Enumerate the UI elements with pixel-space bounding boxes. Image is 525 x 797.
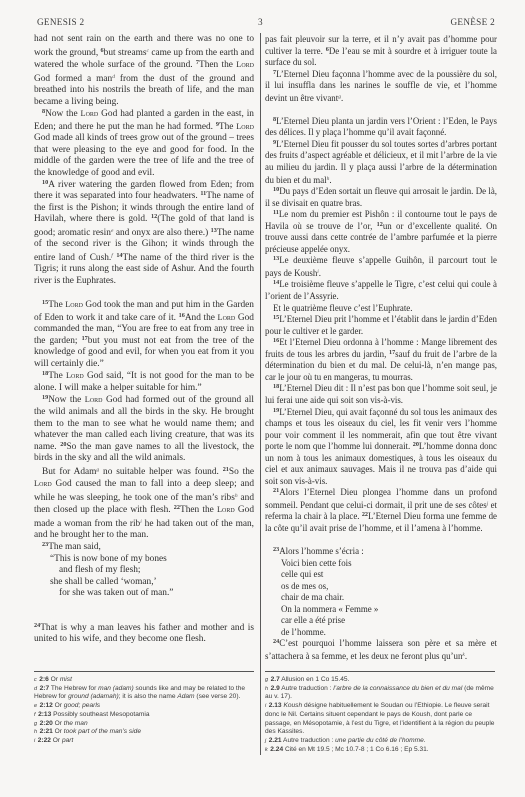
footnote-letter: e <box>34 703 39 709</box>
verse-number: 10 <box>42 179 48 186</box>
paragraph: 13Le deuxième fleuve s’appelle Guihôn, i… <box>265 255 497 279</box>
poem-line: car elle a été prise <box>265 615 497 627</box>
footnote-reference: 2:22 <box>38 737 51 744</box>
poem-line: celle qui est <box>265 569 497 581</box>
italic-text: part <box>62 737 73 744</box>
verse-number: 12 <box>151 213 157 220</box>
paragraph: 21Alors l’Eternel Dieu plongea l’homme d… <box>265 487 497 534</box>
small-caps-lord: Lord <box>65 300 83 309</box>
verse-number: 13 <box>211 227 217 234</box>
italic-text: une partie du côté de l’homme. <box>335 737 426 744</box>
verse-number: 24 <box>273 638 279 645</box>
paragraph: 23The man said, <box>34 542 254 554</box>
small-caps-lord: Lord <box>217 505 235 514</box>
footnote-reference: 2.21 <box>269 737 282 744</box>
verse-number: 20 <box>60 441 66 448</box>
verse-number: 19 <box>273 407 279 414</box>
verse-number: 22 <box>174 504 180 511</box>
poem-line: chair de ma chair. <box>265 592 497 604</box>
footnote-letter: i <box>265 703 268 709</box>
verse-number: 8 <box>42 108 45 115</box>
spacer <box>265 104 497 116</box>
paragraph: 19L’Eternel Dieu, qui avait façonné du s… <box>265 407 497 488</box>
verse-number: 14 <box>116 252 122 259</box>
footnote-marker: i <box>140 519 142 525</box>
footnote-marker: f <box>111 253 113 259</box>
verse-number: 9 <box>273 139 276 146</box>
paragraph: 14Le troisième fleuve s’appelle le Tigre… <box>265 279 497 302</box>
footnote-marker: e <box>111 228 113 234</box>
footnote-reference: 2:6 <box>39 676 49 683</box>
footnote: c 2:6 Or mist <box>34 676 256 685</box>
footnote-letter: g <box>265 677 270 683</box>
verse-number: 10 <box>273 186 279 193</box>
italic-text: Adam <box>177 693 194 700</box>
column-divider <box>260 33 261 755</box>
verse-number: 21 <box>223 466 229 473</box>
italic-text: mist <box>60 676 72 683</box>
verse-number: 17 <box>82 335 88 342</box>
verse-number: 19 <box>42 394 48 401</box>
footnote-rule-fr <box>265 671 495 672</box>
poem-en: “This is now bone of my bones and flesh … <box>34 554 254 600</box>
french-column: pas fait pleuvoir sur la terre, et il n’… <box>265 34 497 663</box>
verse-number: 8 <box>273 116 276 123</box>
footnote-letter: j <box>265 738 268 744</box>
paragraph: had not sent rain on the earth and there… <box>34 34 254 108</box>
paragraph: 18The Lord God said, “It is not good for… <box>34 370 254 394</box>
footnote-reference: 2:13 <box>38 711 51 718</box>
footnote-letter: h <box>265 686 270 692</box>
paragraph: But for Adamg no suitable helper was fou… <box>34 465 254 542</box>
footnote-letter: k <box>265 747 269 753</box>
footnote-reference: 2.7 <box>271 676 280 683</box>
footnote: h 2:21 Or took part of the man’s side <box>34 728 256 737</box>
spacer <box>265 535 497 547</box>
paragraph: 10A river watering the garden flowed fro… <box>34 180 254 288</box>
paragraph: 10Du pays d’Eden sortait un fleuve qui a… <box>265 186 497 209</box>
poem-line: os de mes os, <box>265 581 497 593</box>
poem-line: she shall be called ‘woman,’ <box>34 577 254 589</box>
italic-text: the man <box>64 720 88 727</box>
verse-number: 20 <box>413 441 419 448</box>
italic-text: ground (adamah) <box>68 693 119 700</box>
small-caps-lord: Lord <box>236 60 254 69</box>
footnote-reference: 2:7 <box>40 685 50 692</box>
poem-line: Voici bien cette fois <box>265 558 497 570</box>
bible-page: GENESIS 2 3 GENÈSE 2 had not sent rain o… <box>0 0 525 797</box>
verse-number: 22 <box>362 511 368 518</box>
footnote-letter: c <box>34 677 38 683</box>
paragraph: 16Et l’Eternel Dieu ordonna à l’homme : … <box>265 337 497 383</box>
paragraph: 23Alors l’homme s’écria : <box>265 546 497 558</box>
footnote-marker: d <box>112 74 115 80</box>
footnote-reference: 2:21 <box>40 728 53 735</box>
spacer <box>34 600 254 623</box>
poem-line: and flesh of my flesh; <box>34 565 254 577</box>
paragraph: 7L’Eternel Dieu façonna l’homme avec de … <box>265 69 497 105</box>
italic-text: l’arbre de la connaissance du bien et du… <box>333 685 462 692</box>
italic-text: man (adam) <box>98 685 134 692</box>
verse-number: 16 <box>179 312 185 319</box>
paragraph: pas fait pleuvoir sur la terre, et il n’… <box>265 34 497 69</box>
footnotes-en: c 2:6 Or mistd 2:7 The Hebrew for man (a… <box>34 676 256 746</box>
verse-number: 18 <box>273 383 279 390</box>
footnote-marker: h <box>235 493 238 499</box>
paragraph: 15L’Eternel Dieu prit l’homme et l’établ… <box>265 314 497 337</box>
verse-number: 7 <box>196 59 199 66</box>
footnotes-fr: g 2.7 Allusion en 1 Co 15.45.h 2.9 Autre… <box>265 676 497 754</box>
paragraph: 15The Lord God took the man and put him … <box>34 299 254 370</box>
verse-number: 24 <box>34 622 40 629</box>
footnote-letter: d <box>34 686 39 692</box>
footnote: e 2:12 Or good; pearls <box>34 702 256 711</box>
footnote-marker: k <box>462 652 464 658</box>
paragraph: 11Le nom du premier est Pishôn : il cont… <box>265 209 497 255</box>
paragraph: 9L’Eternel Dieu fit pousser du sol toute… <box>265 139 497 186</box>
paragraph: Et le quatrième fleuve c’est l’Euphrate. <box>265 303 497 315</box>
small-caps-lord: Lord <box>66 371 84 380</box>
paragraph: 18L’Eternel Dieu dit : Il n’est pas bon … <box>265 383 497 406</box>
verse-number: 23 <box>273 546 279 553</box>
paragraph: 19Now the Lord God had formed out of the… <box>34 394 254 464</box>
verse-number: 16 <box>273 337 279 344</box>
paragraph: 24That is why a man leaves his father an… <box>34 623 254 646</box>
footnote: d 2:7 The Hebrew for man (adam) sounds l… <box>34 685 256 702</box>
footnote-rule-en <box>34 671 254 672</box>
small-caps-lord: Lord <box>236 122 254 131</box>
footnote-reference: 2.24 <box>270 746 283 753</box>
footnote: h 2.9 Autre traduction : l’arbre de la c… <box>265 685 497 702</box>
english-column: had not sent rain on the earth and there… <box>34 34 254 646</box>
small-caps-lord: Lord <box>34 479 52 488</box>
footnote: k 2.24 Cité en Mt 19.5 ; Mc 10.7-8 ; 1 C… <box>265 746 497 755</box>
poem-line: “This is now bone of my bones <box>34 554 254 566</box>
footnote-marker: i <box>317 269 319 275</box>
paragraph: 24C’est pourquoi l’homme laissera son pè… <box>265 638 497 662</box>
footnote: i 2.13 Koush désigne habituellement le S… <box>265 702 497 737</box>
verse-number: 15 <box>273 314 279 321</box>
footnote-reference: 2:20 <box>40 720 53 727</box>
footnote-marker: c <box>147 48 149 54</box>
paragraph: 8Now the Lord God had planted a garden i… <box>34 108 254 179</box>
small-caps-lord: Lord <box>81 109 99 118</box>
verse-number: 15 <box>42 299 48 306</box>
verse-number: 14 <box>273 279 279 286</box>
page-number: 3 <box>258 17 263 27</box>
verse-number: 18 <box>42 370 48 377</box>
footnote-marker: h <box>327 176 330 182</box>
footnote-letter: h <box>34 729 39 735</box>
poem-fr: Voici bien cette fois celle qui est os d… <box>265 558 497 639</box>
verse-number: 21 <box>273 487 279 494</box>
verse-number: 6 <box>326 46 329 53</box>
footnote: g 2:20 Or the man <box>34 720 256 729</box>
poem-line: for she was taken out of man.” <box>34 588 254 600</box>
running-head: GENESIS 2 3 GENÈSE 2 <box>37 17 495 29</box>
footnote-reference: 2.13 <box>269 702 282 709</box>
spacer <box>34 287 254 299</box>
verse-number: 6 <box>101 47 104 54</box>
poem-line: On la nommera « Femme » <box>265 604 497 616</box>
verse-number: 9 <box>216 121 219 128</box>
small-caps-lord: Lord <box>218 313 236 322</box>
footnote-letter: g <box>34 721 39 727</box>
footnote: i 2:22 Or part <box>34 737 256 746</box>
italic-text: good; pearls <box>64 702 100 709</box>
running-head-right: GENÈSE 2 <box>450 17 495 27</box>
small-caps-lord: Lord <box>85 395 103 404</box>
footnote: g 2.7 Allusion en 1 Co 15.45. <box>265 676 497 685</box>
footnote-reference: 2.9 <box>271 685 280 692</box>
verse-number: 11 <box>273 209 279 216</box>
verse-number: 7 <box>273 69 276 76</box>
footnote-reference: 2:12 <box>40 702 53 709</box>
footnote-letter: i <box>34 738 37 744</box>
footnote-marker: g <box>338 94 341 100</box>
verse-number: 13 <box>273 255 279 262</box>
italic-text: Koush <box>283 702 302 709</box>
italic-text: took part of the man’s side <box>64 728 141 735</box>
footnote: j 2.21 Autre traduction : une partie du … <box>265 737 497 746</box>
verse-number: 17 <box>389 349 395 356</box>
poem-line: de l’homme. <box>265 627 497 639</box>
paragraph: 8L’Eternel Dieu planta un jardin vers l’… <box>265 116 497 139</box>
footnote-marker: j <box>487 501 489 507</box>
verse-number: 11 <box>200 190 206 197</box>
footnote-letter: f <box>34 712 37 718</box>
verse-number: 12 <box>377 221 383 228</box>
running-head-left: GENESIS 2 <box>37 17 84 27</box>
footnote-marker: g <box>96 467 99 473</box>
footnote: f 2:13 Possibly southeast Mesopotamia <box>34 711 256 720</box>
verse-number: 23 <box>42 541 48 548</box>
